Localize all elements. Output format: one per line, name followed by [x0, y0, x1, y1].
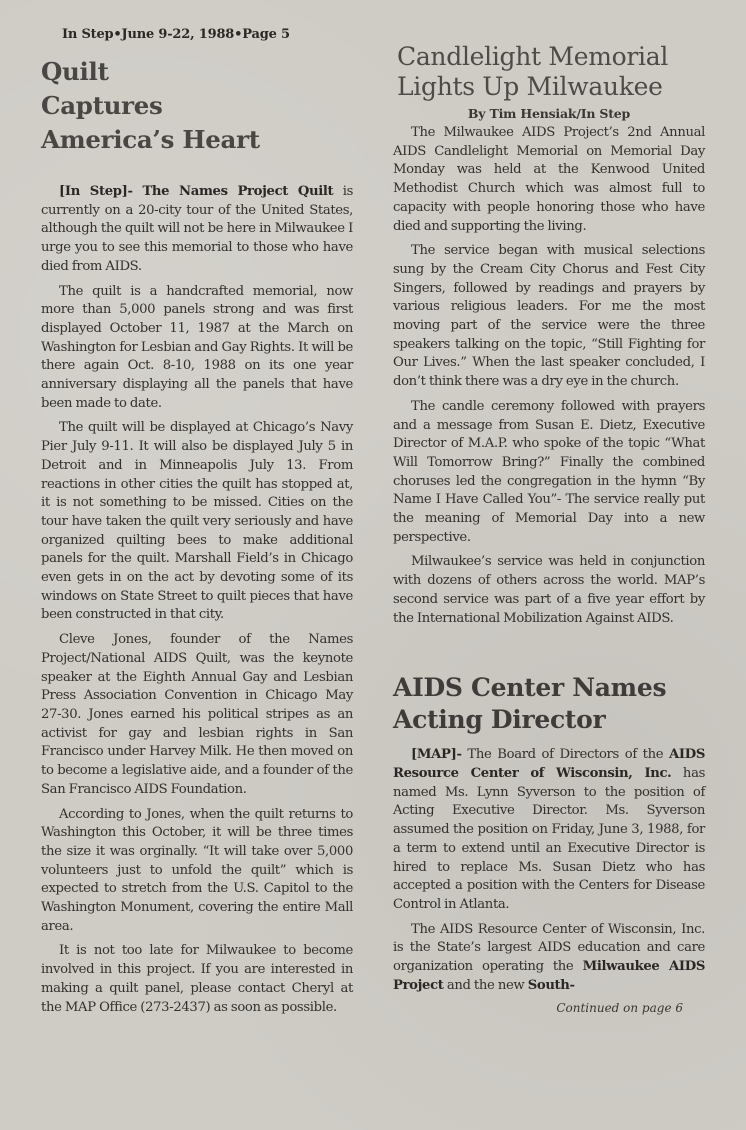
article-paragraph: The service began with musical selec­tio… [393, 242, 705, 392]
headline-line: AIDS Center Names [393, 673, 666, 702]
headline-aids-center: AIDS Center Names Acting Director [393, 672, 705, 736]
headline-quilt: Quilt Captures America’s Heart [41, 55, 353, 157]
article-paragraph: [MAP]- The Board of Directors of the AID… [393, 746, 705, 914]
headline-line: America’s Heart [41, 125, 260, 154]
newspaper-page: In Step•June 9-22, 1988•Page 5 Quilt Cap… [0, 0, 746, 1130]
article-paragraph: The quilt is a handcrafted memorial, now… [41, 283, 353, 414]
article-quilt: Quilt Captures America’s Heart [In Step]… [41, 55, 353, 1023]
article-paragraph: The AIDS Resource Center of Wisconsin, I… [393, 921, 705, 996]
right-column: Candlelight Memorial Lights Up Milwaukee… [393, 42, 705, 1015]
headline-line: Acting Director [393, 705, 605, 734]
article-paragraph: [In Step]- The Names Project Quilt is cu… [41, 183, 353, 277]
article-paragraph: Milwaukee’s service was held in con­junc… [393, 553, 705, 628]
article-paragraph: According to Jones, when the quilt retur… [41, 806, 353, 937]
article-paragraph: The candle ceremony followed with prayer… [393, 398, 705, 548]
page-folio: In Step•June 9-22, 1988•Page 5 [62, 27, 290, 42]
article-paragraph: The Milwaukee AIDS Project’s 2nd Annual … [393, 124, 705, 236]
article-paragraph: It is not too late for Milwaukee to beco… [41, 942, 353, 1017]
headline-line: Captures [41, 91, 163, 120]
article-paragraph: Cleve Jones, founder of the Names Projec… [41, 631, 353, 799]
headline-candlelight: Candlelight Memorial Lights Up Milwaukee [397, 42, 705, 102]
headline-line: Lights Up Milwaukee [397, 72, 663, 101]
headline-line: Quilt [41, 57, 109, 86]
article-candlelight: Candlelight Memorial Lights Up Milwaukee… [393, 42, 705, 628]
dateline-lead: [In Step]- The Names Project Quilt [59, 184, 333, 199]
continued-on-page-jump: Continued on page 6 [393, 1001, 683, 1015]
byline: By Tim Hensiak/In Step [393, 106, 705, 121]
dateline-lead: [MAP]- [411, 747, 462, 762]
article-paragraph: The quilt will be displayed at Chicago’s… [41, 419, 353, 625]
headline-line: Candlelight Memorial [397, 42, 668, 71]
article-aids-center: AIDS Center Names Acting Director [MAP]-… [393, 672, 705, 1015]
